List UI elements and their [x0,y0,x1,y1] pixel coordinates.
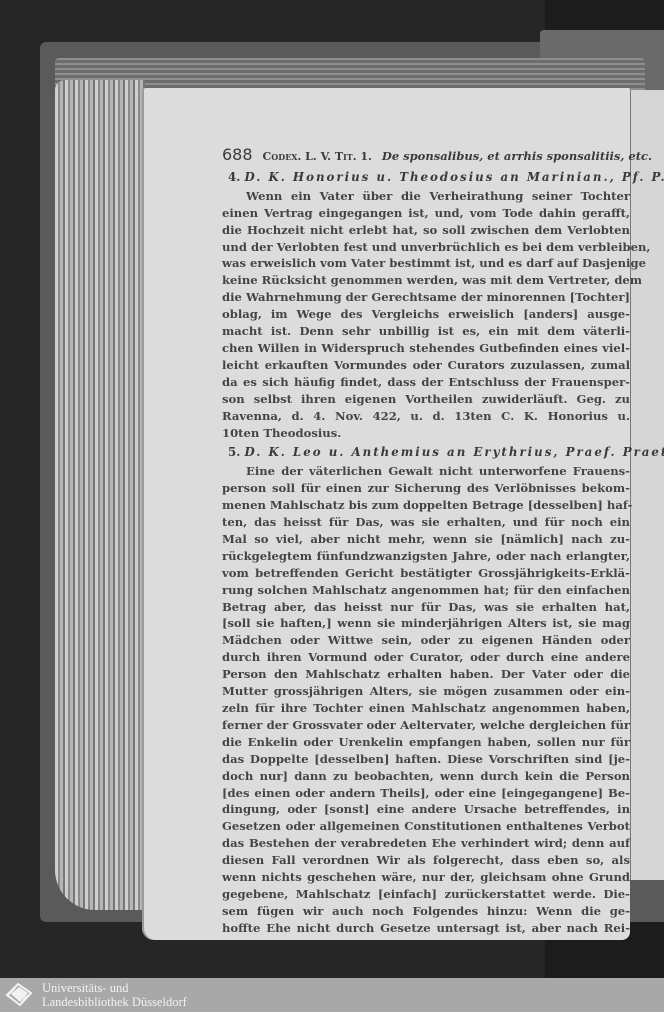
text-line: 10ten Theodosius. [222,425,630,442]
text-line: die Hochzeit nicht erlebt hat, so soll z… [222,222,630,239]
text-line: person soll für einen zur Sicherung des … [222,480,630,497]
library-name-line1: Universitäts- und [42,981,187,995]
text-line: hoffte Ehe nicht durch Gesetze untersagt… [222,920,630,937]
text-line: leicht erkauften Vormundes oder Curators… [222,357,630,374]
text-line: da es sich häufig findet, dass der Entsc… [222,374,630,391]
text-line: macht ist. Denn sehr unbillig ist es, ei… [222,323,630,340]
text-line: das Doppelte [desselben] haften. Diese V… [222,751,630,768]
section-heading: 5. D. K. Leo u. Anthemius an Erythrius, … [222,444,630,461]
text-line: die Wahrnehmung der Gerechtsame der mino… [222,289,630,306]
text-line: Wenn ein Vater über die Verheirathung se… [222,188,630,205]
text-line: durch ihren Vormund oder Curator, oder d… [222,649,630,666]
text-line: Gesetzen oder allgemeinen Constitutionen… [222,818,630,835]
text-line: was erweislich vom Vater bestimmt ist, u… [222,255,630,272]
section-5: 5. D. K. Leo u. Anthemius an Erythrius, … [222,444,630,936]
text-line: Mädchen oder Wittwe sein, oder zu eigene… [222,632,630,649]
text-line: Mutter grossjährigen Alters, sie mögen z… [222,683,630,700]
text-line: und der Verlobten fest und unverbrüchlic… [222,239,630,256]
text-line: zeln für ihre Tochter einen Mahlschatz a… [222,700,630,717]
text-line: ten, das heisst für Das, was sie erhalte… [222,514,630,531]
text-line: rückgelegtem fünfundzwanzigsten Jahre, o… [222,548,630,565]
text-line: menen Mahlschatz bis zum doppelten Betra… [222,497,630,514]
text-line: keine Rücksicht genommen werden, was mit… [222,272,630,289]
book-scan: 688 Codex. L. V. Tit. 1. De sponsalibus,… [0,0,664,978]
text-line: Betrag aber, das heisst nur für Das, was… [222,599,630,616]
text-line: chen Willen in Widerspruch stehendes Gut… [222,340,630,357]
book-logo-icon [4,981,34,1009]
library-footer: Universitäts- und Landesbibliothek Düsse… [0,978,664,1012]
text-line: gegebene, Mahlschatz [einfach] zurückers… [222,886,630,903]
text-line: doch nur] dann zu beobachten, wenn durch… [222,768,630,785]
facing-page [630,90,664,880]
text-line: [des einen oder andern Theils], oder ein… [222,785,630,802]
text-line: das Bestehen der verabredeten Ehe verhin… [222,835,630,852]
text-line: rung solchen Mahlschatz angenommen hat; … [222,582,630,599]
text-line: oblag, im Wege des Vergleichs erweislich… [222,306,630,323]
text-line: wenn nichts geschehen wäre, nur der, gle… [222,869,630,886]
text-line: diesen Fall verordnen Wir als folgerecht… [222,852,630,869]
text-line: Ravenna, d. 4. Nov. 422, u. d. 13ten C. … [222,408,630,425]
text-line: dingung, oder [sonst] eine andere Ursach… [222,801,630,818]
library-name: Universitäts- und Landesbibliothek Düsse… [42,981,187,1009]
page-content: 688 Codex. L. V. Tit. 1. De sponsalibus,… [222,147,630,937]
running-head-codex: Codex. L. V. Tit. 1. [263,149,372,166]
section-heading: 4. D. K. Honorius u. Theodosius an Marin… [222,169,630,186]
text-line: vom betreffenden Gericht bestätigter Gro… [222,565,630,582]
section-4: 4. D. K. Honorius u. Theodosius an Marin… [222,169,630,442]
running-head-title: De sponsalibus, et arrhis sponsalitiis, … [382,148,652,165]
library-name-line2: Landesbibliothek Düsseldorf [42,995,187,1009]
text-line: die Enkelin oder Urenkelin empfangen hab… [222,734,630,751]
text-line: ferner der Grossvater oder Aeltervater, … [222,717,630,734]
text-line: Person den Mahlschatz erhalten haben. De… [222,666,630,683]
page-edges-side [55,80,145,910]
text-line: Mal so viel, aber nicht mehr, wenn sie [… [222,531,630,548]
running-head: 688 Codex. L. V. Tit. 1. De sponsalibus,… [222,147,630,166]
page-number: 688 [222,147,253,164]
text-line: son selbst ihren eigenen Vortheilen zuwi… [222,391,630,408]
text-line: einen Vertrag eingegangen ist, und, vom … [222,205,630,222]
text-line: sem fügen wir auch noch Folgendes hinzu:… [222,903,630,920]
text-line: [soll sie haften,] wenn sie minderjährig… [222,615,630,632]
text-line: Eine der väterlichen Gewalt nicht unterw… [222,463,630,480]
